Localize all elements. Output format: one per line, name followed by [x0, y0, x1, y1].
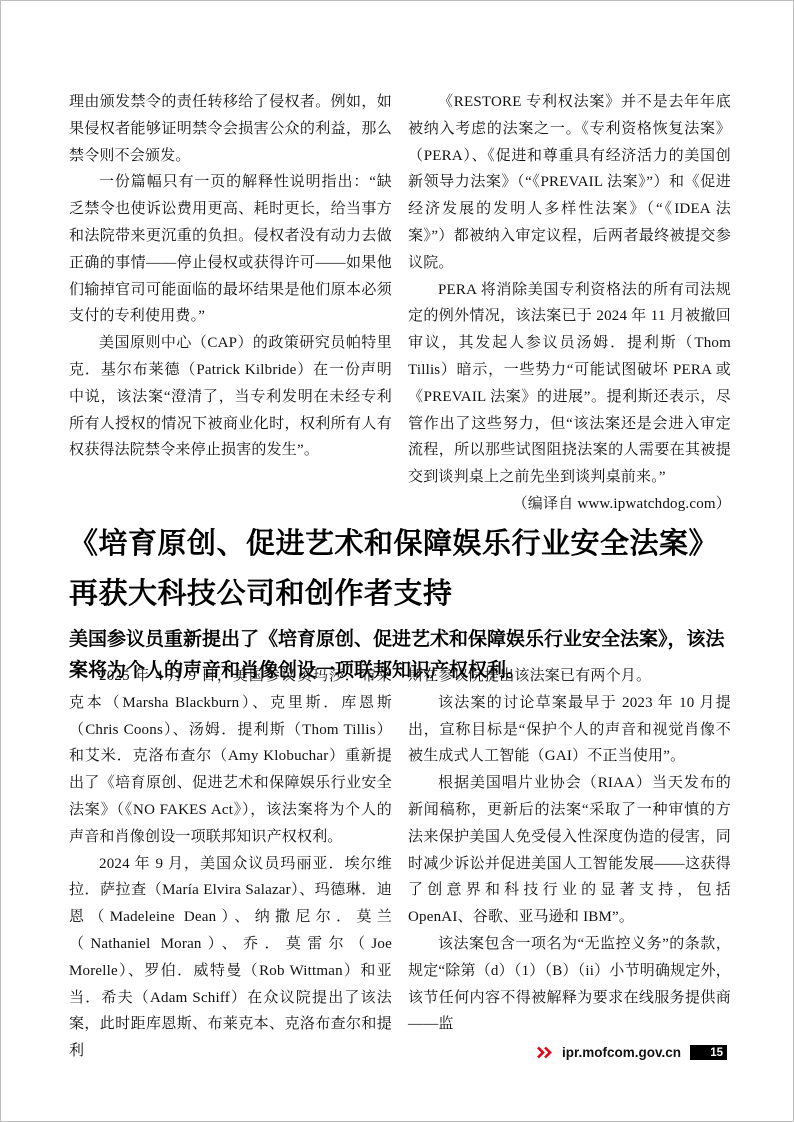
paragraph: 2025 年 4 月 9 日，美国参议员玛莎．布莱克本（Marsha Black…	[69, 663, 392, 851]
article-patent-restore-section: 理由颁发禁令的责任转移给了侵权者。例如，如果侵权者能够证明禁令会损害公众的利益，…	[69, 89, 731, 518]
page-number-badge: 15	[690, 1045, 727, 1060]
article2-left-column: 2025 年 4 月 9 日，美国参议员玛莎．布莱克本（Marsha Black…	[69, 663, 392, 1065]
double-chevron-right-icon	[536, 1046, 553, 1059]
article-title: 《培育原创、促进艺术和保障娱乐行业安全法案》再获大科技公司和创作者支持	[69, 519, 733, 619]
paragraph: PERA 将消除美国专利资格法的所有司法规定的例外情况，该法案已于 2024 年…	[408, 277, 731, 491]
document-page: 理由颁发禁令的责任转移给了侵权者。例如，如果侵权者能够证明禁令会损害公众的利益，…	[0, 0, 794, 1122]
page-number: 15	[710, 1047, 723, 1059]
article1-right-column: 《RESTORE 专利权法案》并不是去年年底被纳入考虑的法案之一。《专利资格恢复…	[408, 89, 731, 518]
paragraph: 该法案包含一项名为“无监控义务”的条款，规定“除第（d）（1）（B）（ii）小节…	[408, 931, 731, 1038]
paragraph: 《RESTORE 专利权法案》并不是去年年底被纳入考虑的法案之一。《专利资格恢复…	[408, 89, 731, 277]
footer-site-url: ipr.mofcom.gov.cn	[562, 1045, 681, 1060]
paragraph: 美国原则中心（CAP）的政策研究员帕特里克．基尔布莱德（Patrick Kilb…	[69, 330, 392, 464]
page-footer: ipr.mofcom.gov.cn 15	[536, 1045, 727, 1060]
source-credit: （编译自 www.ipwatchdog.com）	[513, 491, 731, 518]
paragraph: 理由颁发禁令的责任转移给了侵权者。例如，如果侵权者能够证明禁令会损害公众的利益，…	[69, 89, 392, 169]
article-no-fakes-section: 2025 年 4 月 9 日，美国参议员玛莎．布莱克本（Marsha Black…	[69, 663, 731, 1065]
article2-right-column: 斯在参议院提出该法案已有两个月。 该法案的讨论草案最早于 2023 年 10 月…	[408, 663, 731, 1065]
paragraph-text: PERA 将消除美国专利资格法的所有司法规定的例外情况，该法案已于 2024 年…	[408, 282, 731, 486]
paragraph: 一份篇幅只有一页的解释性说明指出：“缺乏禁令也使诉讼费用更高、耗时更长，给当事方…	[69, 169, 392, 330]
paragraph: 根据美国唱片业协会（RIAA）当天发布的新闻稿称，更新后的法案“采取了一种审慎的…	[408, 770, 731, 931]
paragraph: 斯在参议院提出该法案已有两个月。	[408, 663, 731, 690]
paragraph: 2024 年 9 月，美国众议员玛丽亚．埃尔维拉．萨拉查（María Elvir…	[69, 851, 392, 1065]
paragraph: 该法案的讨论草案最早于 2023 年 10 月提出，宣称目标是“保护个人的声音和…	[408, 690, 731, 770]
article1-left-column: 理由颁发禁令的责任转移给了侵权者。例如，如果侵权者能够证明禁令会损害公众的利益，…	[69, 89, 392, 518]
article2-header: 《培育原创、促进艺术和保障娱乐行业安全法案》再获大科技公司和创作者支持 美国参议…	[69, 519, 733, 686]
